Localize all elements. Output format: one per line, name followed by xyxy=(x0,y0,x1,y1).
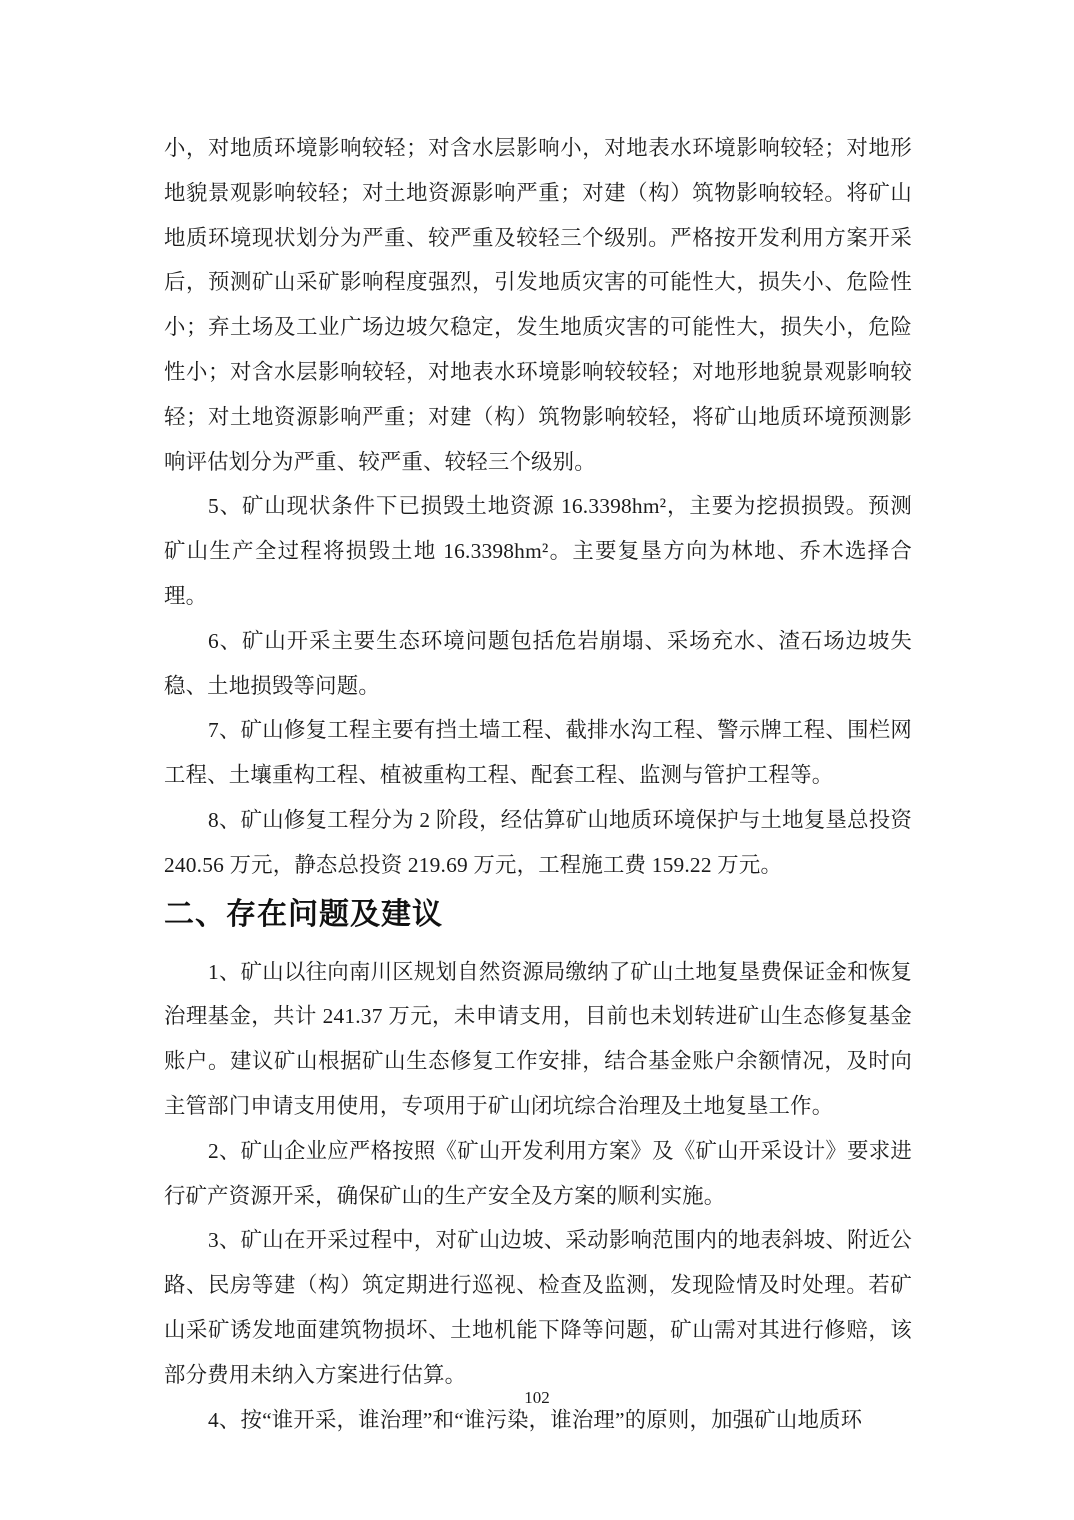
paragraph-item-8: 8、矿山修复工程分为 2 阶段，经估算矿山地质环境保护与土地复垦总投资 240.… xyxy=(164,798,912,888)
document-page: 小，对地质环境影响较轻；对含水层影响小，对地表水环境影响较轻；对地形地貌景观影响… xyxy=(0,0,1074,1520)
paragraph-item-3: 3、矿山在开采过程中，对矿山边坡、采动影响范围内的地表斜坡、附近公路、民房等建（… xyxy=(164,1218,912,1397)
paragraph-item-6: 6、矿山开采主要生态环境问题包括危岩崩塌、采场充水、渣石场边坡失稳、土地损毁等问… xyxy=(164,619,912,709)
paragraph-item-1: 1、矿山以往向南川区规划自然资源局缴纳了矿山土地复垦费保证金和恢复治理基金，共计… xyxy=(164,950,912,1129)
paragraph-item-5: 5、矿山现状条件下已损毁土地资源 16.3398hm²，主要为挖损损毁。预测矿山… xyxy=(164,484,912,618)
paragraph-item-2: 2、矿山企业应严格按照《矿山开发利用方案》及《矿山开采设计》要求进行矿产资源开采… xyxy=(164,1129,912,1219)
paragraph-continuation: 小，对地质环境影响较轻；对含水层影响小，对地表水环境影响较轻；对地形地貌景观影响… xyxy=(164,126,912,484)
paragraph-item-7: 7、矿山修复工程主要有挡土墙工程、截排水沟工程、警示牌工程、围栏网工程、土壤重构… xyxy=(164,708,912,798)
page-number: 102 xyxy=(0,1388,1074,1408)
page-content: 小，对地质环境影响较轻；对含水层影响小，对地表水环境影响较轻；对地形地貌景观影响… xyxy=(164,126,912,1442)
section-heading-problems-suggestions: 二、存在问题及建议 xyxy=(164,892,912,938)
